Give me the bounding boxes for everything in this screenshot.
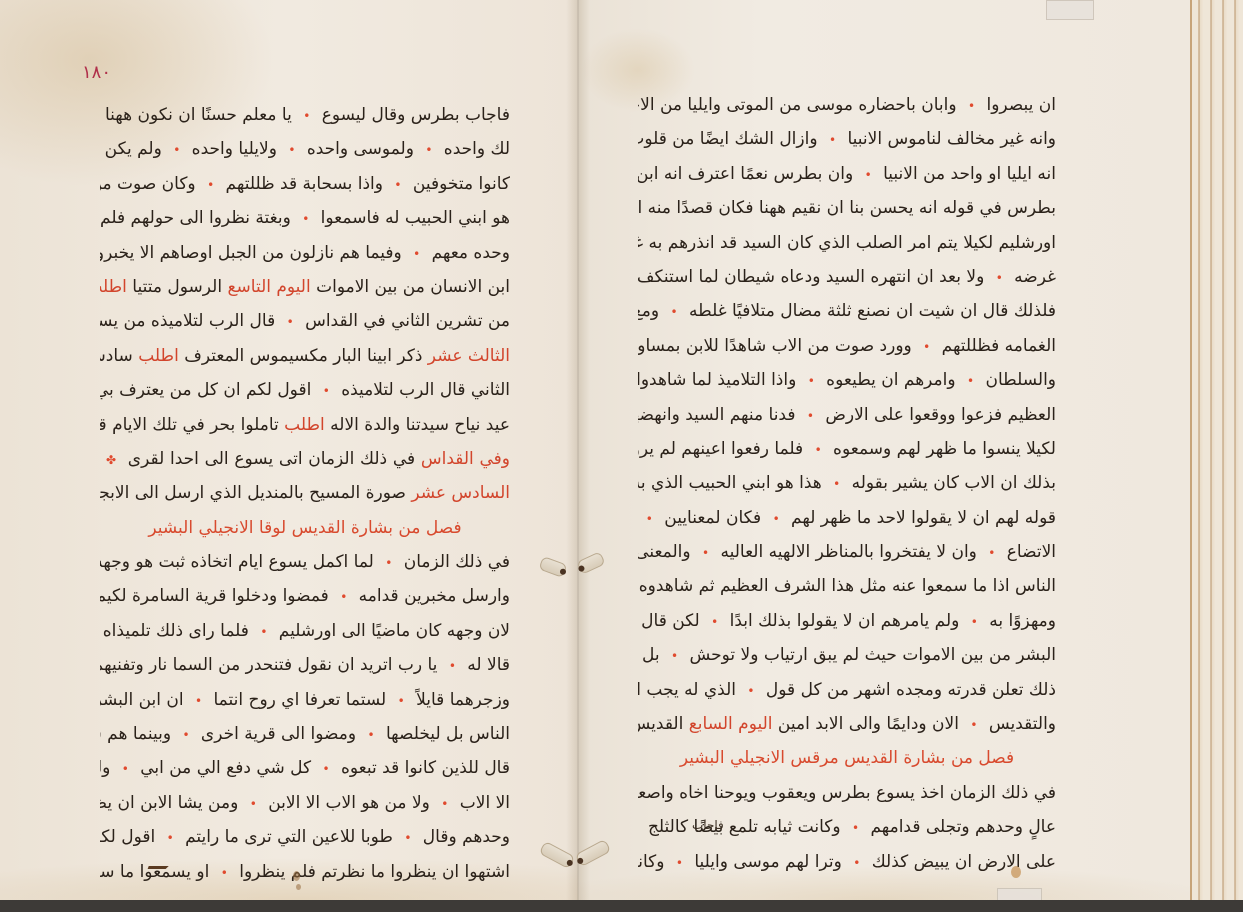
manuscript-spread: ١٨٠ فاجاب بطرس وقال ليسوع • يا معلم حسنً… bbox=[0, 0, 1243, 904]
body-text: ومن يشا الابن ان يظهر له bbox=[100, 793, 244, 813]
text-line: ومهزوًا به • ولم يامرهم ان لا يقولوا بذل… bbox=[638, 604, 1056, 638]
verse-separator-dot-icon: • bbox=[398, 831, 417, 845]
verse-separator-dot-icon: • bbox=[965, 615, 984, 629]
body-text: الا الاب bbox=[454, 793, 510, 813]
body-text: يا معلم حسنًا ان نكون ههنا ونصنع ثلث مضا… bbox=[100, 105, 297, 125]
rubric-text: اطلب bbox=[279, 415, 325, 435]
body-text: وان لا يفتخروا بالمناظر الالهيه العاليه bbox=[715, 542, 982, 562]
verse-separator-dot-icon: • bbox=[407, 247, 426, 261]
body-text: الرسول متتيا bbox=[127, 277, 222, 297]
text-line: وارسل مخبرين قدامه • فمضوا ودخلوا قرية ا… bbox=[100, 579, 510, 613]
ink-stain bbox=[293, 871, 300, 881]
body-text: ولموسى واحده bbox=[301, 139, 419, 159]
verse-separator-dot-icon: • bbox=[917, 340, 936, 354]
body-text: ومهزوًا به bbox=[984, 611, 1056, 631]
verse-separator-dot-icon: • bbox=[334, 590, 353, 604]
body-text: قالا له bbox=[462, 655, 510, 675]
body-text: ولا بعد ان انتهره السيد ودعاه شيطان لما … bbox=[638, 267, 990, 287]
ink-stain bbox=[296, 884, 301, 890]
rubric-heading: فصل من بشارة القديس لوقا الانجيلي البشير bbox=[148, 518, 461, 538]
body-text: في ذلك الزمان اتى يسوع الى احدا لقرى bbox=[122, 449, 415, 469]
text-line: وانه غير مخالف لناموس الانبيا • وازال ال… bbox=[638, 122, 1056, 156]
body-text: اقول لكم ان انبيا كثيرين وملوك bbox=[100, 827, 161, 847]
body-text: فلذلك قال ان شيت ان نصنع ثلثة مضال متلاف… bbox=[684, 301, 1056, 321]
body-text: طوبا للاعين التي ترى ما رايتم bbox=[180, 827, 399, 847]
verse-separator-dot-icon: • bbox=[846, 821, 865, 835]
body-text: على الارض ان يبيض كذلك bbox=[866, 852, 1056, 872]
body-text: فمضوا ودخلوا قرية السامرة لكيما يعدوا له… bbox=[100, 586, 334, 606]
verse-separator-dot-icon: • bbox=[801, 409, 820, 423]
body-text: واذا التلاميذ لما شاهدوا بهاذلك النور bbox=[638, 370, 802, 390]
body-text: صورة المسيح بالمنديل الذي ارسل الى الابج… bbox=[100, 483, 406, 503]
body-text: وبينما هم سايرون في الطريق bbox=[100, 724, 176, 744]
body-text: وفيما هم نازلون من الجبل اوصاهم الا يخبر… bbox=[100, 243, 407, 263]
verse-separator-dot-icon: • bbox=[640, 512, 659, 526]
verse-separator-dot-icon: • bbox=[244, 797, 263, 811]
body-text: ابن الانسان من بين الاموات bbox=[311, 277, 510, 297]
body-text: والمعنى الاخر لكيلا يرتاب bbox=[638, 542, 696, 562]
verse-separator-dot-icon: • bbox=[670, 856, 689, 870]
verse-separator-dot-icon: • bbox=[254, 625, 273, 639]
text-line: قالا له • يا رب اتريد ان نقول فتنحدر من … bbox=[100, 648, 510, 682]
body-text: ذكر ابينا البار مكسيموس المعترف bbox=[179, 346, 423, 366]
body-text: لكن قال الى ان يقوم ابن bbox=[638, 611, 705, 631]
verse-separator-dot-icon: • bbox=[705, 615, 724, 629]
text-line: فاجاب بطرس وقال ليسوع • يا معلم حسنًا ان… bbox=[100, 98, 510, 132]
body-text: الناس اذا ما سمعوا عنه مثل هذا الشرف الع… bbox=[638, 576, 1056, 596]
body-text: فلما رفعوا اعينهم لم يروا الا يسوع وحده bbox=[638, 439, 809, 459]
verse-separator-dot-icon: • bbox=[189, 694, 208, 708]
body-text: وامرهم ان يطيعوه bbox=[821, 370, 961, 390]
body-text: ولم يامرهم ان لا يقولوا بذلك ابدًا bbox=[724, 611, 965, 631]
verse-separator-dot-icon: • bbox=[964, 718, 983, 732]
body-text: وان بطرس نعمًا اعترف انه ابن الله bbox=[638, 164, 859, 184]
rubric-text: السادس عشر bbox=[406, 483, 510, 503]
text-line: الا الاب • ولا من هو الاب الا الابن • وم… bbox=[100, 786, 510, 820]
rubric-text: اطلب bbox=[100, 277, 127, 297]
text-line: قوله لهم ان لا يقولوا لاحد ما ظهر لهم • … bbox=[638, 501, 1056, 535]
rubric-text: اليوم التاسع bbox=[222, 277, 311, 297]
verse-separator-dot-icon: • bbox=[282, 143, 301, 157]
text-line: في ذلك الزمان اخذ يسوع بطرس ويعقوب ويوحن… bbox=[638, 776, 1056, 810]
verse-separator-dot-icon: • bbox=[201, 178, 220, 192]
text-line: الثالث عشر ذكر ابينا البار مكسيموس المعت… bbox=[100, 339, 510, 373]
text-line: العظيم فزعوا ووقعوا على الارض • فدنا منه… bbox=[638, 398, 1056, 432]
body-text: الذي له يجب التمجيد والتعظيم bbox=[638, 680, 741, 700]
body-text: قال الرب لتلاميذه من يسمع منكم فقد سمع م… bbox=[100, 311, 281, 331]
text-line: من تشرين الثاني في القداس • قال الرب لتل… bbox=[100, 304, 510, 338]
verse-separator-dot-icon: • bbox=[847, 856, 866, 870]
verse-separator-dot-icon: • bbox=[809, 443, 828, 457]
body-text: وكانا يتكلمان مع يسوع bbox=[638, 852, 670, 872]
text-line: وحدهم وقال • طوبا للاعين التي ترى ما راي… bbox=[100, 820, 510, 854]
verse-separator-dot-icon: • bbox=[435, 797, 454, 811]
body-text: فكان لمعنايين bbox=[659, 508, 767, 528]
text-line: وحده معهم • وفيما هم نازلون من الجبل اوص… bbox=[100, 236, 510, 270]
verse-separator-dot-icon: • bbox=[443, 659, 462, 673]
body-text: البشر من بين الاموات حيث لم يبق ارتياب و… bbox=[684, 645, 1056, 665]
body-text: وابان باحضاره موسى من الموتى وايليا من ا… bbox=[638, 95, 962, 115]
body-text: لان وجهه كان ماضيًا الى اورشليم bbox=[273, 621, 510, 641]
body-text: وورد صوت من الاب شاهدًا للابن بمساواته ل… bbox=[638, 336, 917, 356]
body-text: في ذلك الزمان اخذ يسوع بطرس ويعقوب ويوحن… bbox=[638, 783, 1056, 803]
text-line: الغمامه فظللتهم • وورد صوت من الاب شاهدً… bbox=[638, 329, 1056, 363]
binding-gutter bbox=[566, 0, 590, 904]
body-text: هو ابني الحبيب له فاسمعوا bbox=[315, 208, 510, 228]
verse-separator-dot-icon: • bbox=[419, 143, 438, 157]
left-page-text: فاجاب بطرس وقال ليسوع • يا معلم حسنًا ان… bbox=[100, 98, 510, 889]
text-line: على الارض ان يبيض كذلك • وترا لهم موسى و… bbox=[638, 845, 1056, 879]
body-text: وكان صوت من السحابة يقول bbox=[100, 174, 201, 194]
text-line: فلذلك قال ان شيت ان نصنع ثلثة مضال متلاف… bbox=[638, 294, 1056, 328]
paper-stain bbox=[1011, 866, 1021, 878]
verse-separator-dot-icon: • bbox=[317, 762, 336, 776]
body-text: وحدهم وقال bbox=[417, 827, 510, 847]
verse-separator-dot-icon: • bbox=[297, 109, 316, 123]
body-text: والسلطان bbox=[980, 370, 1056, 390]
catchword: فاجاب bbox=[692, 818, 724, 832]
text-line: لكيلا ينسوا ما ظهر لهم وسمعوه • فلما رفع… bbox=[638, 432, 1056, 466]
mounting-tape-top bbox=[1046, 0, 1094, 20]
body-text: تاملوا بحر في تلك الايام قام مريم bbox=[100, 415, 279, 435]
verse-separator-dot-icon: • bbox=[361, 728, 380, 742]
body-text: اورشليم لكيلا يتم امر الصلب الذي كان الس… bbox=[638, 233, 1056, 253]
body-text: قال للذين كانوا قد تبعوه bbox=[336, 758, 510, 778]
body-text: وليس احد يعرف من هو الابن bbox=[100, 758, 116, 778]
body-text: بذلك ان الاب كان يشير بقوله bbox=[846, 473, 1056, 493]
body-text: اشتهوا ان ينظروا ما نظرتم فلم ينظروا bbox=[234, 862, 510, 882]
verse-separator-dot-icon: • bbox=[767, 512, 786, 526]
body-text: والتقديس bbox=[983, 714, 1056, 734]
verse-separator-dot-icon: • bbox=[982, 546, 1001, 560]
body-text: ولا من هو الاب الا الابن bbox=[263, 793, 435, 813]
rubric-text: وفي القداس bbox=[415, 449, 510, 469]
body-text: انه ايليا او واحد من الانبيا bbox=[878, 164, 1056, 184]
body-text: كانوا متخوفين bbox=[407, 174, 510, 194]
body-text: وترا لهم موسى وايليا bbox=[689, 852, 847, 872]
text-line: والتقديس • الان ودايمًا والى الابد امين … bbox=[638, 707, 1056, 741]
text-line: السادس عشر صورة المسيح بالمنديل الذي ارس… bbox=[100, 476, 510, 510]
body-text: العظيم فزعوا ووقعوا على الارض bbox=[820, 405, 1056, 425]
body-text: غرضه bbox=[1009, 267, 1056, 287]
verse-separator-dot-icon: • bbox=[696, 546, 715, 560]
body-text: عالٍ وحدهم وتجلى قدامهم bbox=[865, 817, 1056, 837]
text-line: فصل من بشارة القديس مرقس الانجيلي البشير bbox=[638, 741, 1056, 775]
verse-separator-dot-icon: • bbox=[961, 374, 980, 388]
body-text: بل تكون العجايب بعد bbox=[638, 645, 665, 665]
text-line: وزجرهما قايلاً • لستما تعرفا اي روح انتم… bbox=[100, 683, 510, 717]
body-text: وكانت ثيابه تلمع بيضًا كالثلج bbox=[643, 817, 846, 837]
text-line: الثاني قال الرب لتلاميذه • اقول لكم ان ك… bbox=[100, 373, 510, 407]
body-text: عيد نياح سيدتنا والدة الاله bbox=[325, 415, 510, 435]
body-text: لما اكمل يسوع ايام اتخاذه ثبت هو وجهه لل… bbox=[100, 552, 379, 572]
body-text: في ذلك الزمان bbox=[398, 552, 510, 572]
body-text: ومع قوله ظهرت bbox=[638, 301, 665, 321]
verse-separator-dot-icon: • bbox=[296, 212, 315, 226]
text-line: هو ابني الحبيب له فاسمعوا • وبغتة نظروا … bbox=[100, 201, 510, 235]
body-text: لكيلا ينسوا ما ظهر لهم وسمعوه bbox=[828, 439, 1056, 459]
text-line: كانوا متخوفين • واذا بسحابة قد ظللتهم • … bbox=[100, 167, 510, 201]
text-line: وفي القداس في ذلك الزمان اتى يسوع الى اح… bbox=[100, 442, 510, 476]
body-text: كل شي دفع الي من ابي bbox=[135, 758, 317, 778]
verse-separator-dot-icon: • bbox=[802, 374, 821, 388]
background-surface bbox=[0, 900, 1243, 912]
body-text: ولايليا واحده bbox=[186, 139, 282, 159]
text-line: عيد نياح سيدتنا والدة الاله اطلب تاملوا … bbox=[100, 408, 510, 442]
verse-separator-dot-icon: • bbox=[161, 831, 180, 845]
text-line: انه ايليا او واحد من الانبيا • وان بطرس … bbox=[638, 157, 1056, 191]
body-text: ولم يكن يعلم ماذا يقول لانهم bbox=[100, 139, 167, 159]
page-edges-stack bbox=[1190, 0, 1243, 904]
body-text: الان ودايمًا والى الابد امين bbox=[773, 714, 965, 734]
text-line: قال للذين كانوا قد تبعوه • كل شي دفع الي… bbox=[100, 751, 510, 785]
body-text: من تشرين الثاني في القداس bbox=[300, 311, 510, 331]
body-text: الغمامه فظللتهم bbox=[936, 336, 1056, 356]
verse-separator-dot-icon: • bbox=[665, 649, 684, 663]
body-text: بطرس في قوله انه يحسن بنا ان نقيم ههنا ف… bbox=[638, 198, 1056, 218]
text-line: ذلك تعلن قدرته ومجده اشهر من كل قول • ال… bbox=[638, 673, 1056, 707]
body-text: وبغتة نظروا الى حولهم فلم يروا احدًا الا… bbox=[100, 208, 296, 228]
verse-separator-dot-icon: • bbox=[388, 178, 407, 192]
body-text: فدنا منهم السيد وانهضهم وازال عنهم الخوف bbox=[638, 405, 801, 425]
text-line: بطرس في قوله انه يحسن بنا ان نقيم ههنا ف… bbox=[638, 191, 1056, 225]
text-line: في ذلك الزمان • لما اكمل يسوع ايام اتخاذ… bbox=[100, 545, 510, 579]
body-text: فاجاب بطرس وقال ليسوع bbox=[316, 105, 510, 125]
text-line: لك واحده • ولموسى واحده • ولايليا واحده … bbox=[100, 132, 510, 166]
body-text: ان ابن البشر لم يات ليهلك نفوس bbox=[100, 690, 189, 710]
verse-separator-dot-icon: • bbox=[859, 168, 878, 182]
body-text: الاتضاع bbox=[1001, 542, 1056, 562]
body-text: وزجرهما قايلاً bbox=[411, 690, 510, 710]
verse-separator-dot-icon: ✤ bbox=[100, 453, 122, 467]
body-text: اقول لكم ان كل من يعترف بي bbox=[100, 380, 317, 400]
body-text: وارسل مخبرين قدامه bbox=[353, 586, 510, 606]
rubric-text: اطلب bbox=[133, 346, 179, 366]
body-text: ومضوا الى قرية اخرى bbox=[196, 724, 362, 744]
body-text: ذلك تعلن قدرته ومجده اشهر من كل قول bbox=[761, 680, 1057, 700]
text-line: الناس اذا ما سمعوا عنه مثل هذا الشرف الع… bbox=[638, 569, 1056, 603]
folio-number: ١٨٠ bbox=[82, 62, 111, 83]
verse-separator-dot-icon: • bbox=[317, 384, 336, 398]
right-page-text: ان يبصروا • وابان باحضاره موسى من الموتى… bbox=[638, 88, 1056, 879]
text-line: بذلك ان الاب كان يشير بقوله • هذا هو ابن… bbox=[638, 466, 1056, 500]
verse-separator-dot-icon: • bbox=[962, 99, 981, 113]
rubric-text: الثالث عشر bbox=[422, 346, 510, 366]
text-line: اورشليم لكيلا يتم امر الصلب الذي كان الس… bbox=[638, 226, 1056, 260]
text-line: لان وجهه كان ماضيًا الى اورشليم • فلما ر… bbox=[100, 614, 510, 648]
body-text: فلما راى ذلك تلميذاه يعقوب ويوحنا bbox=[100, 621, 254, 641]
verse-separator-dot-icon: • bbox=[281, 315, 300, 329]
body-text: وانه غير مخالف لناموس الانبيا bbox=[842, 129, 1056, 149]
rubric-text: اليوم السابع bbox=[683, 714, 772, 734]
body-text: وحده معهم bbox=[426, 243, 510, 263]
text-line: فصل من بشارة القديس لوقا الانجيلي البشير bbox=[100, 511, 510, 545]
text-line: الناس بل ليخلصها • ومضوا الى قرية اخرى •… bbox=[100, 717, 510, 751]
verse-separator-dot-icon: • bbox=[176, 728, 195, 742]
text-line: ابن الانسان من بين الاموات اليوم التاسع … bbox=[100, 270, 510, 304]
body-text: الناس بل ليخلصها bbox=[381, 724, 510, 744]
body-text: ان يبصروا bbox=[981, 95, 1056, 115]
body-text: لك واحده bbox=[438, 139, 510, 159]
text-line: غرضه • ولا بعد ان انتهره السيد ودعاه شيط… bbox=[638, 260, 1056, 294]
verse-separator-dot-icon: • bbox=[167, 143, 186, 157]
body-text: الثاني قال الرب لتلاميذه bbox=[336, 380, 510, 400]
text-line: الاتضاع • وان لا يفتخروا بالمناظر الالهي… bbox=[638, 535, 1056, 569]
rubric-heading: فصل من بشارة القديس مرقس الانجيلي البشير bbox=[680, 748, 1014, 768]
verse-separator-dot-icon: • bbox=[823, 133, 842, 147]
body-text: واذا بسحابة قد ظللتهم bbox=[220, 174, 388, 194]
body-text: لستما تعرفا اي روح انتما bbox=[208, 690, 392, 710]
verse-separator-dot-icon: • bbox=[990, 271, 1009, 285]
verse-separator-dot-icon: • bbox=[665, 305, 684, 319]
verse-separator-dot-icon: • bbox=[827, 477, 846, 491]
verse-separator-dot-icon: • bbox=[116, 762, 135, 776]
text-line: ان يبصروا • وابان باحضاره موسى من الموتى… bbox=[638, 88, 1056, 122]
text-line: والسلطان • وامرهم ان يطيعوه • واذا التلا… bbox=[638, 363, 1056, 397]
body-text: هذا هو ابني الحبيب الذي به سررت bbox=[638, 473, 827, 493]
verse-separator-dot-icon: • bbox=[392, 694, 411, 708]
text-line: البشر من بين الاموات حيث لم يبق ارتياب و… bbox=[638, 638, 1056, 672]
body-text: قوله لهم ان لا يقولوا لاحد ما ظهر لهم bbox=[786, 508, 1056, 528]
body-text: وازال الشك ايضًا من قلوب الذين كانوا يتو… bbox=[638, 129, 823, 149]
verse-separator-dot-icon: • bbox=[215, 866, 234, 880]
body-text: سادس تشرين bbox=[100, 346, 133, 366]
verse-separator-dot-icon: • bbox=[741, 684, 760, 698]
verse-separator-dot-icon: • bbox=[379, 556, 398, 570]
body-text: يا رب اتريد ان نقول فتنحدر من السما نار … bbox=[100, 655, 443, 675]
body-text: القديس طوما تيوس bbox=[638, 714, 683, 734]
